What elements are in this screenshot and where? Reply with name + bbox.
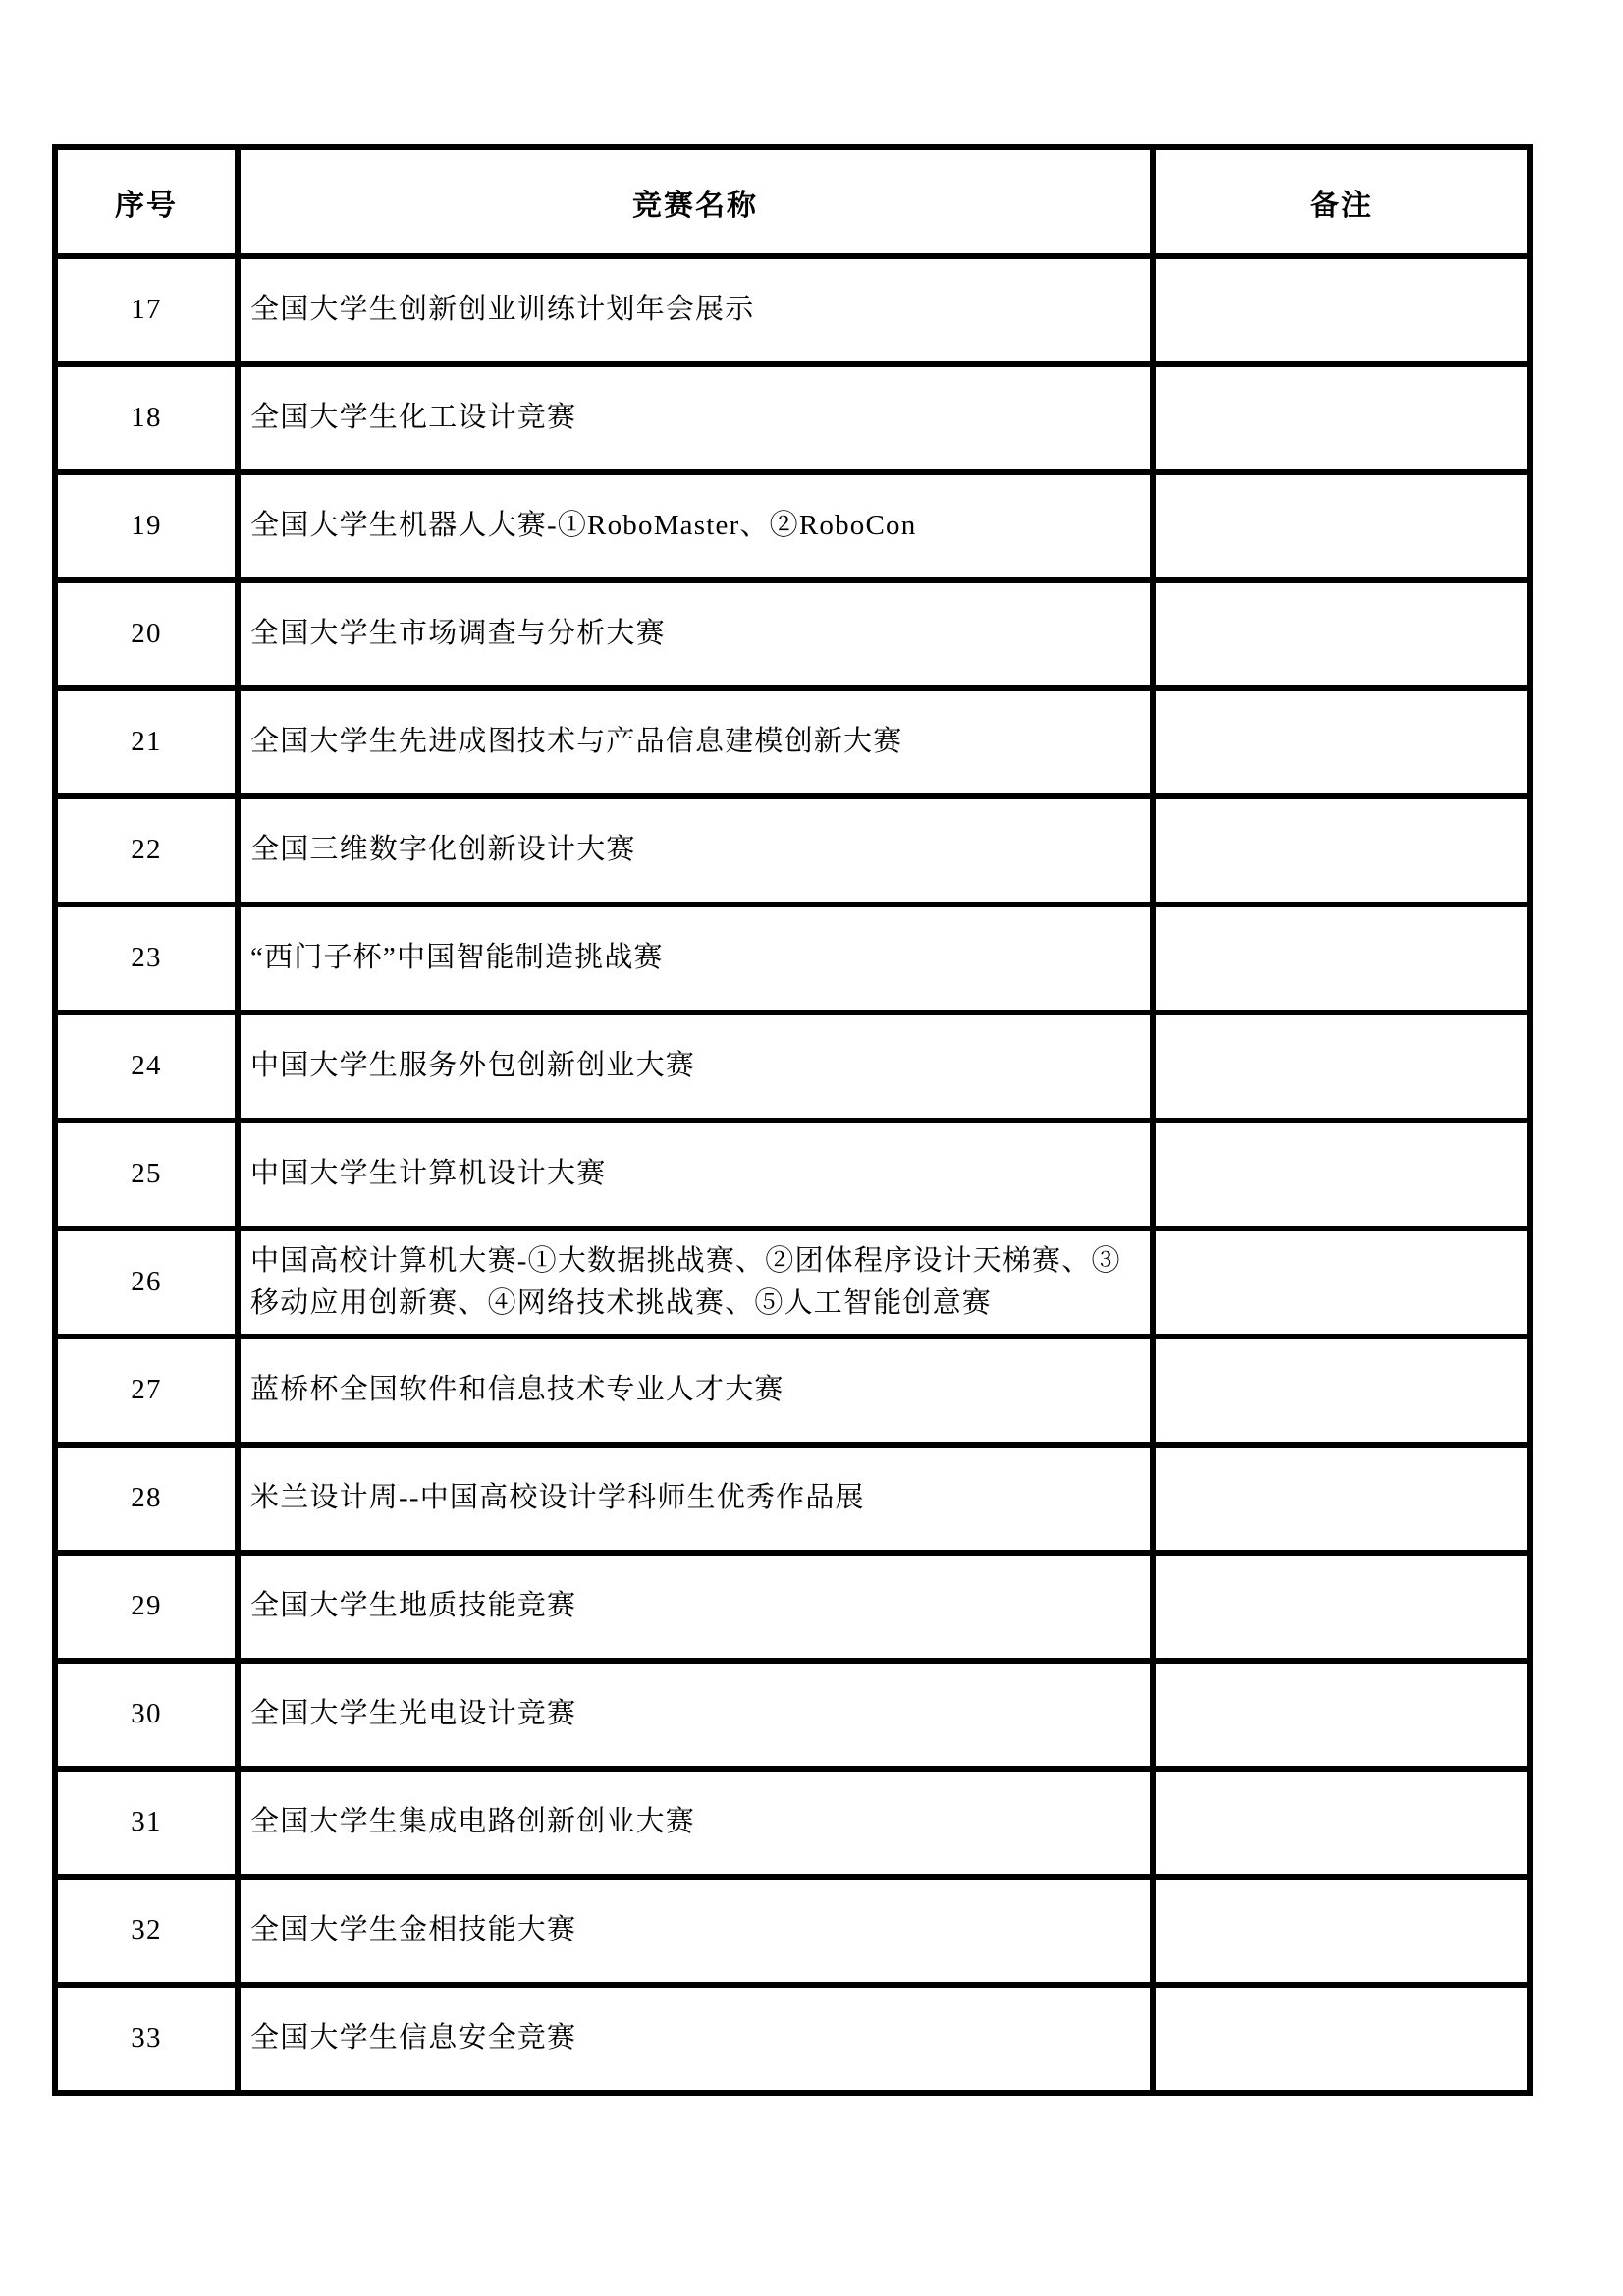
competition-name-cell: 全国大学生先进成图技术与产品信息建模创新大赛 (238, 688, 1153, 796)
header-cell-number: 序号 (55, 147, 238, 256)
table-row: 24中国大学生服务外包创新创业大赛 (55, 1012, 1530, 1121)
header-cell-competition-name: 竞赛名称 (238, 147, 1153, 256)
table-row: 19全国大学生机器人大赛-①RoboMaster、②RoboCon (55, 472, 1530, 580)
row-number-cell: 27 (55, 1337, 238, 1445)
competition-name-cell: 全国大学生光电设计竞赛 (238, 1661, 1153, 1769)
row-number-cell: 33 (55, 1985, 238, 2093)
competition-name-cell: 全国大学生集成电路创新创业大赛 (238, 1769, 1153, 1877)
row-number-cell: 20 (55, 580, 238, 688)
competition-name-cell: 全国大学生信息安全竞赛 (238, 1985, 1153, 2093)
remark-cell (1153, 688, 1530, 796)
row-number-cell: 28 (55, 1445, 238, 1553)
remark-cell (1153, 1445, 1530, 1553)
table-row: 27蓝桥杯全国软件和信息技术专业人才大赛 (55, 1337, 1530, 1445)
row-number-cell: 31 (55, 1769, 238, 1877)
row-number-cell: 24 (55, 1012, 238, 1121)
row-number-cell: 22 (55, 796, 238, 904)
table-header-row: 序号 竞赛名称 备注 (55, 147, 1530, 256)
competition-table: 序号 竞赛名称 备注 17全国大学生创新创业训练计划年会展示18全国大学生化工设… (52, 144, 1533, 2096)
competition-name-cell: 全国大学生金相技能大赛 (238, 1877, 1153, 1985)
table-row: 33全国大学生信息安全竞赛 (55, 1985, 1530, 2093)
competition-name-cell: 全国大学生机器人大赛-①RoboMaster、②RoboCon (238, 472, 1153, 580)
competition-name-cell: “西门子杯”中国智能制造挑战赛 (238, 904, 1153, 1012)
remark-cell (1153, 1553, 1530, 1661)
row-number-cell: 18 (55, 364, 238, 472)
table-body: 17全国大学生创新创业训练计划年会展示18全国大学生化工设计竞赛19全国大学生机… (55, 256, 1530, 2093)
table-row: 21全国大学生先进成图技术与产品信息建模创新大赛 (55, 688, 1530, 796)
remark-cell (1153, 1985, 1530, 2093)
row-number-cell: 23 (55, 904, 238, 1012)
row-number-cell: 25 (55, 1121, 238, 1229)
row-number-cell: 26 (55, 1229, 238, 1337)
competition-name-cell: 蓝桥杯全国软件和信息技术专业人才大赛 (238, 1337, 1153, 1445)
remark-cell (1153, 1012, 1530, 1121)
competition-name-cell: 全国大学生地质技能竞赛 (238, 1553, 1153, 1661)
table-row: 25中国大学生计算机设计大赛 (55, 1121, 1530, 1229)
row-number-cell: 32 (55, 1877, 238, 1985)
table-row: 29全国大学生地质技能竞赛 (55, 1553, 1530, 1661)
remark-cell (1153, 1877, 1530, 1985)
remark-cell (1153, 472, 1530, 580)
remark-cell (1153, 1229, 1530, 1337)
table-row: 22全国三维数字化创新设计大赛 (55, 796, 1530, 904)
remark-cell (1153, 1769, 1530, 1877)
remark-cell (1153, 364, 1530, 472)
row-number-cell: 30 (55, 1661, 238, 1769)
table-row: 17全国大学生创新创业训练计划年会展示 (55, 256, 1530, 364)
competition-name-cell: 全国三维数字化创新设计大赛 (238, 796, 1153, 904)
row-number-cell: 29 (55, 1553, 238, 1661)
table-row: 26中国高校计算机大赛-①大数据挑战赛、②团体程序设计天梯赛、③移动应用创新赛、… (55, 1229, 1530, 1337)
remark-cell (1153, 1337, 1530, 1445)
table-row: 18全国大学生化工设计竞赛 (55, 364, 1530, 472)
table-row: 32全国大学生金相技能大赛 (55, 1877, 1530, 1985)
competition-name-cell: 全国大学生市场调查与分析大赛 (238, 580, 1153, 688)
table-row: 30全国大学生光电设计竞赛 (55, 1661, 1530, 1769)
table-row: 31全国大学生集成电路创新创业大赛 (55, 1769, 1530, 1877)
row-number-cell: 19 (55, 472, 238, 580)
table-row: 28米兰设计周--中国高校设计学科师生优秀作品展 (55, 1445, 1530, 1553)
competition-name-cell: 全国大学生创新创业训练计划年会展示 (238, 256, 1153, 364)
remark-cell (1153, 796, 1530, 904)
header-cell-remark: 备注 (1153, 147, 1530, 256)
competition-name-cell: 全国大学生化工设计竞赛 (238, 364, 1153, 472)
competition-name-cell: 中国大学生计算机设计大赛 (238, 1121, 1153, 1229)
remark-cell (1153, 580, 1530, 688)
table-row: 23“西门子杯”中国智能制造挑战赛 (55, 904, 1530, 1012)
remark-cell (1153, 904, 1530, 1012)
remark-cell (1153, 256, 1530, 364)
competition-name-cell: 中国大学生服务外包创新创业大赛 (238, 1012, 1153, 1121)
remark-cell (1153, 1661, 1530, 1769)
competition-name-cell: 中国高校计算机大赛-①大数据挑战赛、②团体程序设计天梯赛、③移动应用创新赛、④网… (238, 1229, 1153, 1337)
table-row: 20全国大学生市场调查与分析大赛 (55, 580, 1530, 688)
row-number-cell: 21 (55, 688, 238, 796)
row-number-cell: 17 (55, 256, 238, 364)
remark-cell (1153, 1121, 1530, 1229)
document-page: 序号 竞赛名称 备注 17全国大学生创新创业训练计划年会展示18全国大学生化工设… (0, 0, 1623, 2296)
competition-name-cell: 米兰设计周--中国高校设计学科师生优秀作品展 (238, 1445, 1153, 1553)
